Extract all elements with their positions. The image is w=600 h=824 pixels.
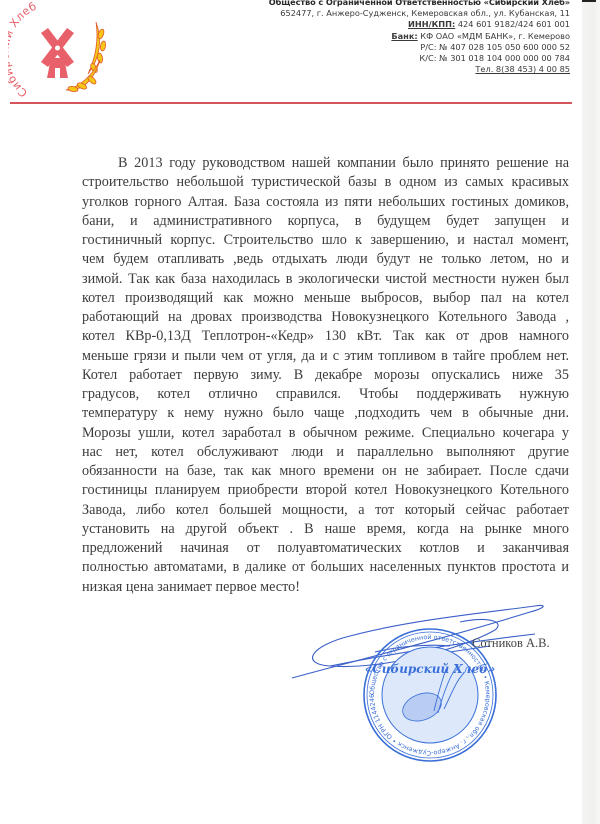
body-line: полностью автоматами, в далике от больши… — [82, 558, 569, 577]
body-line: предложений начиная от полуавтоматически… — [82, 539, 569, 558]
stamp-center-text: «Сибирский Хлеб» — [365, 662, 496, 676]
body-line: котел КВр-0,13Д Теплотрон-«Кедр» 130 кВт… — [82, 327, 569, 346]
letter-body: В 2013 году руководством нашей компании … — [82, 154, 569, 597]
signatory-name: Сотников А.В. — [472, 636, 550, 651]
body-line: котел производящий как можно меньше выбр… — [82, 289, 569, 308]
body-line: бани, и административного корпуса, в буд… — [82, 212, 569, 231]
body-line: Морозы ушли, котел заработал в обычном р… — [82, 424, 569, 443]
body-line: чем будем отапливать ,ведь отдыхать люди… — [82, 250, 569, 269]
bank-value: КФ ОАО «МДМ БАНК», г. Кемерово — [418, 31, 570, 41]
scan-edge-mark — [582, 0, 596, 2]
body-line: нас нет, котел обслуживают люди и паралл… — [82, 443, 569, 462]
body-line: установить на другой объект . В наше вре… — [82, 520, 569, 539]
body-line: меньше грязи и пыли чем от угля, да и с … — [82, 347, 569, 366]
letter-page: Сибирский Хлеб Общество с Ограниченной О… — [0, 0, 600, 824]
inn-kpp: ИНН/КПП: 424 601 9182/424 601 001 — [240, 19, 570, 30]
body-line: низкая цена занимает первое место! — [82, 578, 569, 597]
org-name: Общество с Ограниченной Ответственностью… — [240, 0, 570, 8]
logo-text: Сибирский Хлеб — [8, 0, 39, 100]
company-requisites: Общество с Ограниченной Ответственностью… — [240, 0, 570, 75]
body-line: градусов, котел отлично справился. Чтобы… — [82, 385, 569, 404]
signature-and-stamp: Общество с ограниченной ответственностью… — [290, 600, 600, 780]
body-line: обязанности на базе, так как много време… — [82, 462, 569, 481]
body-line: В 2013 году руководством нашей компании … — [82, 154, 569, 173]
body-line: гостиничный корпус. Строительство шло к … — [82, 231, 569, 250]
phone: Тел. 8(38 453) 4 00 85 — [475, 64, 570, 74]
body-line: уголков горного Алтая. База состояла из … — [82, 193, 569, 212]
body-line: температуру к нему нужно было чаще ,подх… — [82, 404, 569, 423]
bank: Банк: КФ ОАО «МДМ БАНК», г. Кемерово — [240, 31, 570, 42]
svg-text:Сибирский Хлеб: Сибирский Хлеб — [8, 0, 39, 100]
body-line: работающий на дровах производства Новоку… — [82, 308, 569, 327]
correspondent-account: К/С: № 301 018 104 000 000 00 784 — [240, 53, 570, 64]
windmill-wheat-logo-icon: Сибирский Хлеб — [8, 0, 108, 100]
header-divider — [10, 102, 572, 104]
body-line: зимой. Так как база находилась в экологи… — [82, 270, 569, 289]
inn-kpp-value: 424 601 9182/424 601 001 — [455, 19, 570, 29]
body-line: Котел работает первую зиму. В декабре мо… — [82, 366, 569, 385]
bank-label: Банк: — [391, 31, 417, 41]
org-address: 652477, г. Анжеро-Судженск, Кемеровская … — [240, 8, 570, 19]
body-line: гостиницы планируем приобрести второй ко… — [82, 481, 569, 500]
body-line: строительство небольшой туристической ба… — [82, 173, 569, 192]
settlement-account: Р/С: № 407 028 105 050 600 000 52 — [240, 42, 570, 53]
body-line: Завода, либо котел большей мощности, а т… — [82, 501, 569, 520]
inn-kpp-label: ИНН/КПП: — [408, 19, 455, 29]
